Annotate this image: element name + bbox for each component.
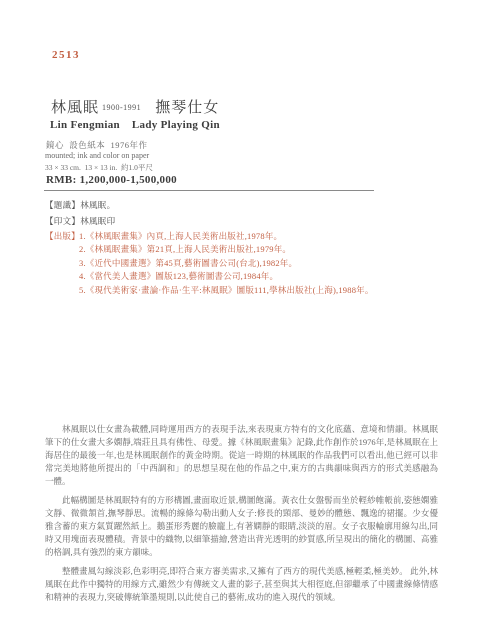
essay-paragraph: 此幅構圖是林風眠特有的方形構圖,畫面取近景,構圖飽滿。黃衣仕女盤髻而坐於輕紗帷帳… bbox=[45, 494, 438, 559]
inscription-text: 林風眠。 bbox=[80, 200, 115, 210]
essay-paragraph: 林風眠以仕女畫為載體,同時運用西方的表現手法,來表現東方特有的文化底蘊、意境和情… bbox=[45, 423, 438, 488]
estimate-price: RMB: 1,200,000-1,500,000 bbox=[46, 174, 177, 186]
lot-heading-english: Lin FengmianLady Playing Qin bbox=[50, 119, 220, 131]
medium-line-en: mounted; ink and color on paper bbox=[45, 151, 149, 160]
publication-item: 2.《林風眠畫集》第21頁,上海人民美術出版社,1979年。 bbox=[79, 243, 405, 256]
seal-note: 【印文】林風眠印 bbox=[45, 215, 115, 227]
artist-name-zh: 林風眠 bbox=[51, 100, 99, 116]
publication-item: 3.《近代中國畫選》第45頁,藝術圖書公司(台北),1982年。 bbox=[79, 257, 405, 270]
divider-rule bbox=[44, 190, 374, 191]
inscription-label: 【題識】 bbox=[45, 200, 80, 210]
inscription-note: 【題識】林風眠。 bbox=[45, 199, 115, 211]
publication-item: 4.《當代美人畫選》圖版123,藝術圖書公司,1984年。 bbox=[79, 270, 405, 283]
publications-label: 【出版】 bbox=[45, 230, 80, 242]
artwork-title-zh: 撫琴仕女 bbox=[155, 100, 219, 116]
seal-label: 【印文】 bbox=[45, 216, 80, 226]
essay-paragraph: 整體畫風勾線淡彩,色彩明亮,即符合東方審美需求,又擁有了西方的現代美感,極輕柔,… bbox=[45, 565, 438, 604]
publication-item: 5.《現代美術家·畫論·作品·生平:林風眠》圖版111,學林出版社(上海),19… bbox=[79, 284, 405, 297]
lot-heading: 林風眠1900-1991撫琴仕女 bbox=[51, 96, 219, 117]
essay-section: 林風眠以仕女畫為載體,同時運用西方的表現手法,來表現東方特有的文化底蘊、意境和情… bbox=[45, 423, 438, 610]
publication-item: 1.《林風眠畫集》內頁,上海人民美術出版社,1978年。 bbox=[79, 230, 405, 243]
lot-number: 2513 bbox=[52, 49, 80, 61]
seal-text: 林風眠印 bbox=[80, 216, 115, 226]
publications-section: 【出版】 1.《林風眠畫集》內頁,上海人民美術出版社,1978年。 2.《林風眠… bbox=[45, 230, 405, 297]
dimensions-line: 33 × 33 cm. 13 × 13 in. 約1.0平尺 bbox=[45, 162, 153, 173]
catalog-page: 2513 林風眠1900-1991撫琴仕女 Lin FengmianLady P… bbox=[0, 0, 480, 619]
medium-line-zh: 鏡心 設色紙本 1976年作 bbox=[46, 139, 148, 151]
artist-name-en: Lin Fengmian bbox=[50, 119, 120, 131]
artist-dates: 1900-1991 bbox=[102, 103, 141, 112]
artwork-title-en: Lady Playing Qin bbox=[132, 119, 220, 131]
